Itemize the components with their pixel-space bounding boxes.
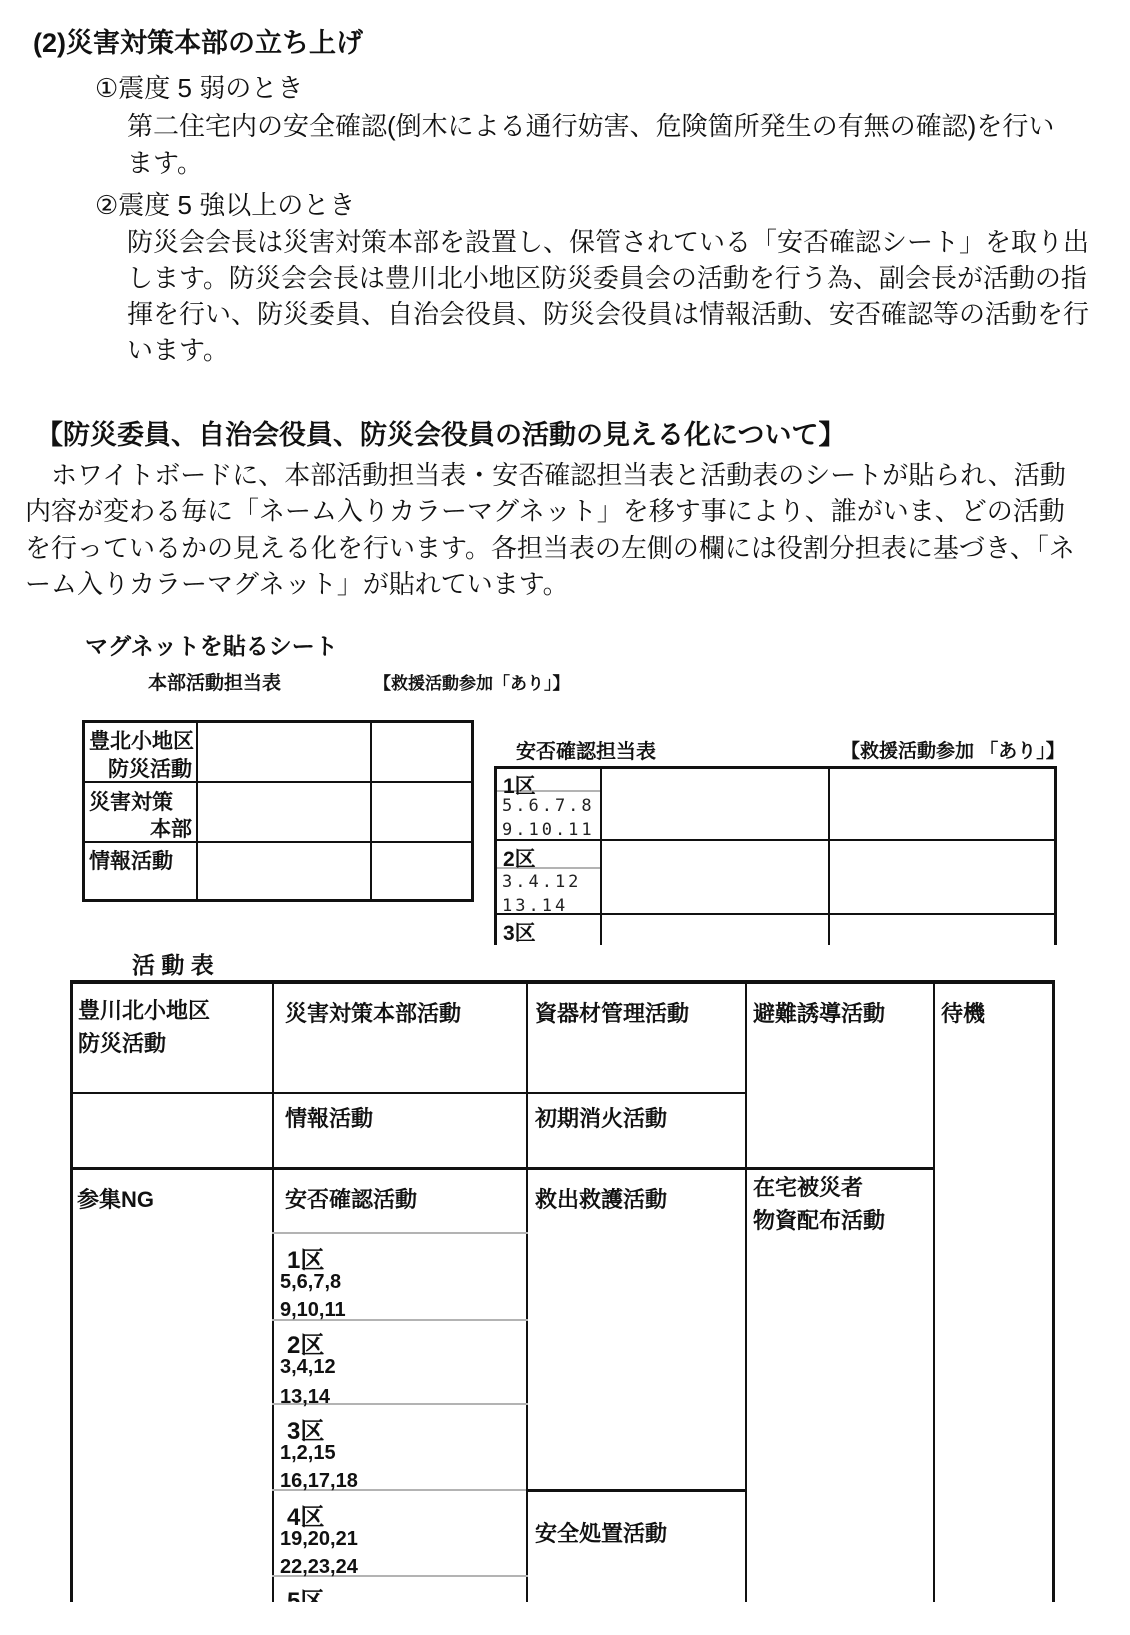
magnet-sheet-label: マグネットを貼るシート bbox=[85, 632, 338, 661]
honbu-row-label: 豊北小地区 bbox=[89, 725, 194, 755]
grid-line bbox=[272, 980, 274, 1602]
katsudo-cell: 豊川北小地区 bbox=[78, 994, 210, 1025]
grid-line bbox=[600, 766, 602, 945]
section2-body-line: を行っているかの見える化を行います。各担当表の左側の欄には役割分担表に基づき、「… bbox=[25, 532, 1075, 565]
katsudo-cell: 安全処置活動 bbox=[535, 1517, 667, 1548]
honbu-row-label: 災害対策 bbox=[89, 786, 173, 816]
grid-line bbox=[494, 913, 1057, 915]
grid-line bbox=[70, 1167, 935, 1170]
district-label: 5区 bbox=[287, 1581, 324, 1602]
section1-item2-line: います。 bbox=[127, 334, 229, 367]
honbu-table-title: 本部活動担当表 bbox=[148, 668, 281, 695]
anpi-table: 1区 5.6.7.8 9.10.11 2区 3.4.12 13.14 3区 bbox=[494, 766, 1057, 945]
section1-item1-label: ①震度 5 弱のとき bbox=[95, 72, 303, 105]
katsudo-cell: 情報活動 bbox=[285, 1102, 373, 1133]
table-border-line bbox=[82, 899, 474, 902]
katsudo-cell: 初期消火活動 bbox=[535, 1102, 667, 1133]
grid-line bbox=[526, 1489, 747, 1492]
district-numbers: 5.6.7.8 bbox=[502, 796, 595, 816]
section1-item2-line: 揮を行い、防災委員、自治会役員、防災会役員は情報活動、安否確認等の活動を行 bbox=[127, 298, 1089, 331]
section1-item1-line: 第二住宅内の安全確認(倒木による通行妨害、危険箇所発生の有無の確認)を行い bbox=[127, 110, 1054, 143]
section1-item2-label: ②震度 5 強以上のとき bbox=[95, 189, 355, 222]
district-label: 2区 bbox=[503, 843, 536, 873]
grid-line bbox=[370, 720, 372, 902]
katsudo-cell: 避難誘導活動 bbox=[753, 997, 885, 1028]
section2-body-line: ホワイトボードに、本部活動担当表・安否確認担当表と活動表のシートが貼られ、活動 bbox=[51, 459, 1066, 492]
district-label: 3区 bbox=[503, 917, 536, 945]
table-border-line bbox=[70, 980, 73, 1602]
district-numbers: 1,2,15 bbox=[280, 1442, 336, 1465]
grid-line bbox=[933, 980, 935, 1602]
table-border-line bbox=[70, 980, 1055, 984]
table-border-line bbox=[1052, 980, 1055, 1602]
katsudo-cell: 防災活動 bbox=[78, 1027, 166, 1058]
honbu-table-note: 【救援活動参加「あり」】 bbox=[374, 669, 570, 694]
honbu-table: 豊北小地区 防災活動 災害対策 本部 情報活動 bbox=[82, 720, 474, 902]
table-border-line bbox=[1054, 766, 1057, 945]
table-border-line bbox=[82, 720, 474, 723]
district-numbers: 16,17,18 bbox=[280, 1470, 358, 1493]
grid-line bbox=[70, 1092, 747, 1094]
district-numbers: 3,4,12 bbox=[280, 1356, 336, 1379]
grid-line bbox=[745, 980, 747, 1602]
section1-item2-line: します。防災会会長は豊川北小地区防災委員会の活動を行う為、副会長が活動の指 bbox=[127, 262, 1087, 295]
katsudo-table: 豊川北小地区 防災活動 災害対策本部活動 資器材管理活動 避難誘導活動 待機 情… bbox=[70, 980, 1055, 1602]
district-label: 3区 bbox=[287, 1411, 324, 1446]
district-label: 4区 bbox=[287, 1497, 324, 1532]
katsudo-table-title: 活 動 表 bbox=[132, 947, 214, 980]
district-numbers: 19,20,21 bbox=[280, 1528, 358, 1551]
grid-line bbox=[828, 766, 830, 945]
district-numbers: 13.14 bbox=[502, 896, 568, 916]
table-border-line bbox=[494, 766, 497, 945]
katsudo-cell: 安否確認活動 bbox=[285, 1183, 417, 1214]
section2-body-line: 内容が変わる毎に「ネーム入りカラーマグネット」を移す事により、誰がいま、どの活動 bbox=[25, 495, 1065, 528]
section1-item2-line: 防災会会長は災害対策本部を設置し、保管されている「安否確認シート」を取り出 bbox=[127, 226, 1089, 259]
table-border-line bbox=[494, 766, 1057, 769]
district-numbers: 22,23,24 bbox=[280, 1556, 358, 1579]
katsudo-cell: 資器材管理活動 bbox=[535, 997, 689, 1028]
section1-title: (2)災害対策本部の立ち上げ bbox=[33, 27, 363, 61]
district-label: 2区 bbox=[287, 1325, 324, 1360]
section2-body-line: ーム入りカラーマグネット」が貼れています。 bbox=[25, 568, 569, 601]
grid-line-light bbox=[272, 1232, 528, 1234]
katsudo-cell: 参集NG bbox=[77, 1183, 154, 1214]
district-numbers: 9,10,11 bbox=[280, 1299, 346, 1322]
katsudo-cell: 災害対策本部活動 bbox=[285, 997, 461, 1028]
table-border-line bbox=[82, 720, 85, 902]
table-border-line bbox=[471, 720, 474, 902]
district-numbers: 13,14 bbox=[280, 1386, 330, 1409]
district-numbers: 3.4.12 bbox=[502, 872, 581, 892]
grid-line bbox=[196, 720, 198, 902]
katsudo-cell: 物資配布活動 bbox=[753, 1204, 885, 1235]
anpi-table-note: 【救援活動参加 「あり」】 bbox=[841, 736, 1065, 763]
district-numbers: 9.10.11 bbox=[502, 820, 595, 840]
katsudo-cell: 救出救護活動 bbox=[535, 1183, 667, 1214]
katsudo-cell: 待機 bbox=[941, 997, 985, 1028]
grid-line bbox=[526, 980, 528, 1602]
district-numbers: 5,6,7,8 bbox=[280, 1271, 341, 1294]
section1-item1-line: ます。 bbox=[127, 147, 203, 180]
honbu-row-label: 防災活動 bbox=[86, 753, 192, 783]
document-page: (2)災害対策本部の立ち上げ ①震度 5 弱のとき 第二住宅内の安全確認(倒木に… bbox=[0, 0, 1130, 1635]
anpi-table-title: 安否確認担当表 bbox=[516, 735, 656, 764]
katsudo-cell: 在宅被災者 bbox=[753, 1171, 863, 1202]
district-label: 1区 bbox=[287, 1240, 324, 1275]
section2-heading: 【防災委員、自治会役員、防災会役員の活動の見える化について】 bbox=[36, 419, 845, 453]
honbu-row-label: 本部 bbox=[86, 813, 192, 843]
honbu-row-label: 情報活動 bbox=[89, 845, 173, 875]
